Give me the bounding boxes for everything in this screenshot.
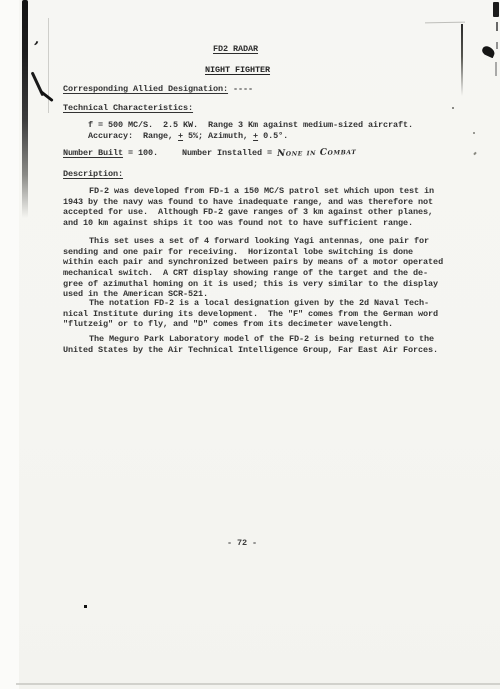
number-built-value: = 100.	[123, 148, 158, 158]
allied-designation-value: ----	[228, 84, 253, 94]
handwritten-comma-mark: ’	[31, 38, 40, 57]
corner-ink-mark	[493, 2, 499, 17]
number-built-line: Number Built = 100.	[63, 148, 158, 158]
paragraph-line: within each pair and synchronized betwee…	[63, 257, 458, 268]
paragraph-line: and 10 km against ships it too was found…	[63, 218, 458, 229]
accuracy-text: Accuracy: Range,	[88, 131, 178, 141]
paragraph-line: accepted for use. Although FD-2 gave ran…	[63, 207, 458, 218]
scan-vertical-line-right	[461, 24, 463, 96]
paragraph-line: nical Institute during its development. …	[63, 309, 458, 320]
page-bottom-edge	[16, 683, 500, 685]
accuracy-text: 5%; Azimuth,	[183, 131, 253, 141]
number-built-label: Number Built	[63, 148, 123, 158]
paragraph-line: mechanical switch. A CRT display showing…	[63, 268, 458, 279]
ink-dot	[84, 605, 87, 608]
paragraph-line: The notation FD-2 is a local designation…	[63, 298, 458, 309]
scan-edge-strip	[22, 0, 28, 218]
paper-speck	[473, 152, 476, 156]
paragraph-line: sending and one pair for receiving. Hori…	[63, 247, 458, 258]
paragraph-4: The Meguro Park Laboratory model of the …	[63, 334, 458, 355]
paragraph-2: This set uses a set of 4 forward looking…	[63, 236, 458, 300]
paragraph-line: United States by the Air Technical Intel…	[63, 345, 458, 356]
handwritten-annotation: None in Combat	[277, 147, 357, 159]
ink-blob-right	[481, 45, 497, 59]
accuracy-text: 0.5°.	[258, 131, 288, 141]
scan-crease-line-top-right	[425, 22, 465, 24]
paragraph-line: This set uses a set of 4 forward looking…	[63, 236, 458, 247]
paper-speck	[452, 107, 454, 109]
edge-dash-mark	[496, 22, 498, 31]
paragraph-1: FD-2 was developed from FD-1 a 150 MC/S …	[63, 186, 458, 229]
edge-dash-mark	[496, 42, 498, 49]
scanned-document-page: ’ FD2 RADAR NIGHT FIGHTER Corresponding …	[0, 0, 500, 689]
allied-designation-line: Corresponding Allied Designation: ----	[63, 84, 253, 94]
paragraph-3: The notation FD-2 is a local designation…	[63, 298, 458, 330]
document-subtitle: NIGHT FIGHTER	[205, 65, 270, 75]
paragraph-line: The Meguro Park Laboratory model of the …	[63, 334, 458, 345]
number-installed-line: Number Installed = None in Combat	[182, 148, 356, 158]
paper-speck	[473, 132, 475, 134]
accuracy-line: Accuracy: Range, + 5%; Azimuth, + 0.5°.	[88, 131, 288, 141]
page-number: - 72 -	[227, 538, 257, 548]
document-title: FD2 RADAR	[213, 44, 258, 54]
allied-designation-label: Corresponding Allied Designation:	[63, 84, 228, 94]
paragraph-line: "flutzeig" or to fly, and "D" comes from…	[63, 319, 458, 330]
technical-characteristics-heading: Technical Characteristics:	[63, 103, 193, 113]
equals-sign: =	[262, 148, 277, 158]
number-installed-label: Number Installed	[182, 148, 262, 158]
paragraph-line: gree of azimuthal homing on it is used; …	[63, 279, 458, 290]
description-heading: Description:	[63, 169, 123, 179]
frequency-line: f = 500 MC/S. 2.5 KW. Range 3 Km against…	[88, 120, 413, 130]
paragraph-line: 1943 by the navy was found to have inade…	[63, 197, 458, 208]
page-left-edge-band	[0, 0, 19, 689]
edge-dash-mark	[495, 62, 497, 76]
paragraph-line: FD-2 was developed from FD-1 a 150 MC/S …	[63, 186, 458, 197]
